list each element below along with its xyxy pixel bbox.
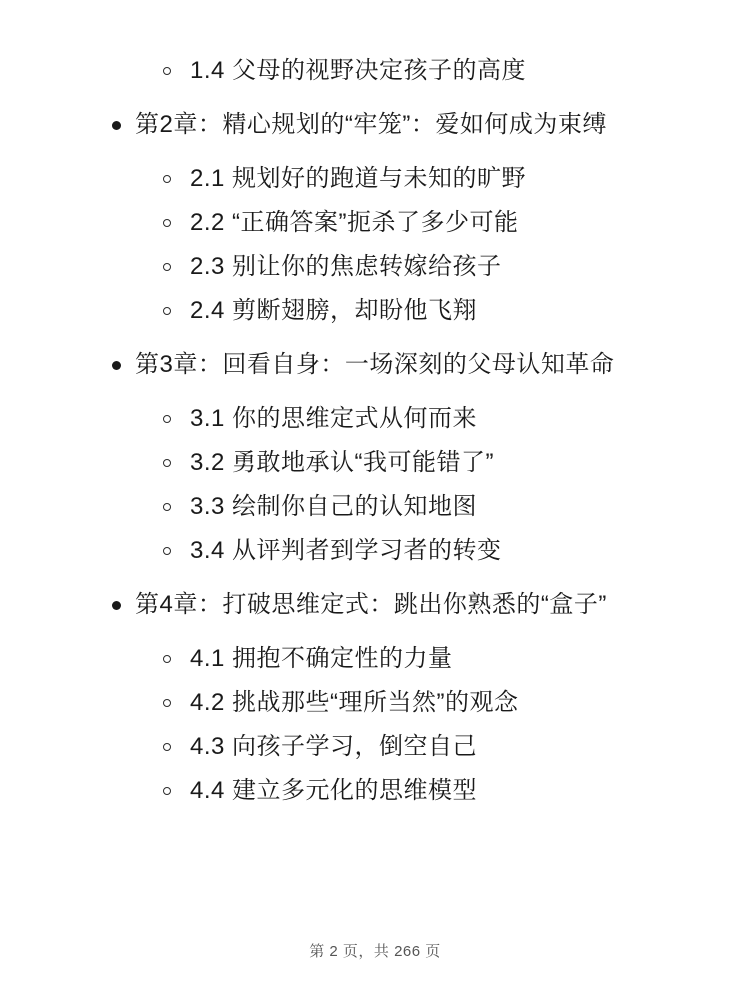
circle-bullet-icon [163, 415, 171, 423]
toc-item: 3.1 你的思维定式从何而来 [0, 400, 750, 438]
toc-chapter-label: 第2章：精心规划的“牢笼”：爱如何成为束缚 [135, 111, 607, 138]
toc-chapter: 第2章：精心规划的“牢笼”：爱如何成为束缚 [0, 106, 750, 144]
toc-item-label: 4.4 建立多元化的思维模型 [190, 777, 477, 804]
circle-bullet-icon [163, 67, 171, 75]
disc-bullet-icon [112, 601, 121, 610]
toc-item: 3.3 绘制你自己的认知地图 [0, 488, 750, 526]
toc-chapter: 第4章：打破思维定式：跳出你熟悉的“盒子” [0, 586, 750, 624]
toc-item: 3.2 勇敢地承认“我可能错了” [0, 444, 750, 482]
circle-bullet-icon [163, 503, 171, 511]
toc-item-label: 4.3 向孩子学习，倒空自己 [190, 733, 477, 760]
toc-item: 2.1 规划好的跑道与未知的旷野 [0, 160, 750, 198]
toc-item: 1.4 父母的视野决定孩子的高度 [0, 52, 750, 90]
toc-item-label: 2.4 剪断翅膀，却盼他飞翔 [190, 297, 477, 324]
toc-item: 4.2 挑战那些“理所当然”的观念 [0, 684, 750, 722]
toc-item-label: 2.2 “正确答案”扼杀了多少可能 [190, 209, 519, 236]
toc-item: 4.1 拥抱不确定性的力量 [0, 640, 750, 678]
circle-bullet-icon [163, 787, 171, 795]
toc-item-label: 4.2 挑战那些“理所当然”的观念 [190, 689, 519, 716]
document-page: 1.4 父母的视野决定孩子的高度 第2章：精心规划的“牢笼”：爱如何成为束缚 2… [0, 0, 750, 810]
circle-bullet-icon [163, 459, 171, 467]
toc-item-label: 3.1 你的思维定式从何而来 [190, 405, 477, 432]
toc-item-label: 3.3 绘制你自己的认知地图 [190, 493, 477, 520]
circle-bullet-icon [163, 699, 171, 707]
toc-item-label: 3.4 从评判者到学习者的转变 [190, 537, 502, 564]
toc-item-label: 1.4 父母的视野决定孩子的高度 [190, 57, 526, 84]
page-number: 第 2 页，共 266 页 [0, 941, 750, 963]
toc-chapter-label: 第4章：打破思维定式：跳出你熟悉的“盒子” [135, 591, 607, 618]
circle-bullet-icon [163, 655, 171, 663]
circle-bullet-icon [163, 219, 171, 227]
section-group-ch4: 4.1 拥抱不确定性的力量 4.2 挑战那些“理所当然”的观念 4.3 向孩子学… [0, 640, 750, 810]
circle-bullet-icon [163, 175, 171, 183]
toc-item-label: 3.2 勇敢地承认“我可能错了” [190, 449, 494, 476]
toc-item-label: 4.1 拥抱不确定性的力量 [190, 645, 453, 672]
toc-item: 4.4 建立多元化的思维模型 [0, 772, 750, 810]
circle-bullet-icon [163, 743, 171, 751]
section-group-ch1: 1.4 父母的视野决定孩子的高度 [0, 52, 750, 90]
toc-item: 2.4 剪断翅膀，却盼他飞翔 [0, 292, 750, 330]
toc-chapter-label: 第3章：回看自身：一场深刻的父母认知革命 [135, 351, 614, 378]
circle-bullet-icon [163, 547, 171, 555]
toc-item: 3.4 从评判者到学习者的转变 [0, 532, 750, 570]
toc-item: 2.2 “正确答案”扼杀了多少可能 [0, 204, 750, 242]
section-group-ch2: 2.1 规划好的跑道与未知的旷野 2.2 “正确答案”扼杀了多少可能 2.3 别… [0, 160, 750, 330]
toc-item: 2.3 别让你的焦虑转嫁给孩子 [0, 248, 750, 286]
toc-item-label: 2.1 规划好的跑道与未知的旷野 [190, 165, 526, 192]
toc-chapter: 第3章：回看自身：一场深刻的父母认知革命 [0, 346, 750, 384]
section-group-ch3: 3.1 你的思维定式从何而来 3.2 勇敢地承认“我可能错了” 3.3 绘制你自… [0, 400, 750, 570]
disc-bullet-icon [112, 121, 121, 130]
toc-item-label: 2.3 别让你的焦虑转嫁给孩子 [190, 253, 502, 280]
disc-bullet-icon [112, 361, 121, 370]
circle-bullet-icon [163, 307, 171, 315]
circle-bullet-icon [163, 263, 171, 271]
toc-item: 4.3 向孩子学习，倒空自己 [0, 728, 750, 766]
